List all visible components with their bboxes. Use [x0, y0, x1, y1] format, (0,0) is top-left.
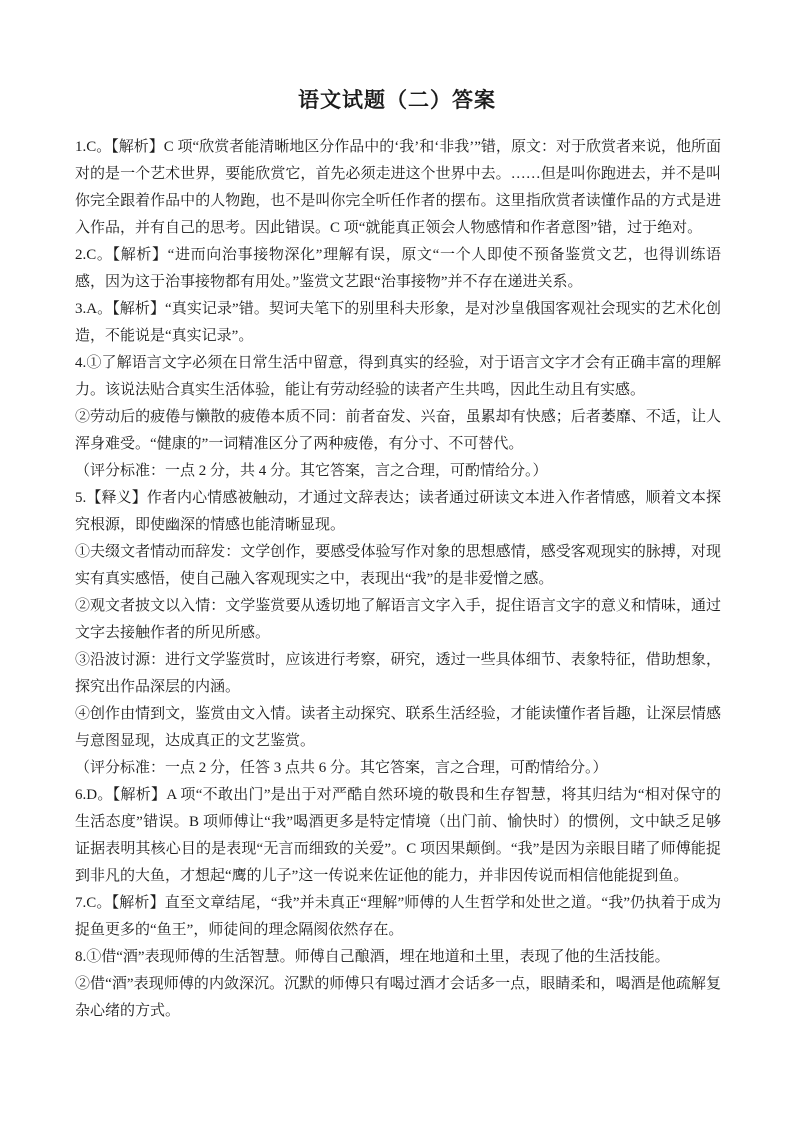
document-page: 语文试题（二）答案 1.C。【解析】C 项“欣赏者能清晰地区分作品中的‘我’和‘…	[0, 0, 794, 1122]
answer-paragraph-4: 4.①了解语言文字必须在日常生活中留意，得到真实的经验，对于语言文字才会有正确丰…	[75, 350, 721, 404]
answer-paragraph-1: 1.C。【解析】C 项“欣赏者能清晰地区分作品中的‘我’和‘非我’”错，原文：对…	[75, 134, 721, 242]
answer-paragraph-11: ④创作由情到文，鉴赏由文入情。读者主动探究、联系生活经验，才能读懂作者旨趣，让深…	[75, 701, 721, 755]
answer-paragraph-5: ②劳动后的疲倦与懒散的疲倦本质不同：前者奋发、兴奋，虽累却有快感；后者萎靡、不适…	[75, 404, 721, 458]
answer-paragraph-7: 5.【释义】作者内心情感被触动，才通过文辞表达；读者通过研读文本进入作者情感，顺…	[75, 485, 721, 539]
answer-paragraph-13: 6.D。【解析】A 项“不敢出门”是出于对严酷自然环境的敬畏和生存智慧，将其归结…	[75, 782, 721, 890]
answer-paragraph-10: ③沿波讨源：进行文学鉴赏时，应该进行考察，研究，透过一些具体细节、表象特征，借助…	[75, 647, 721, 701]
answer-paragraph-16: ②借“酒”表现师傅的内敛深沉。沉默的师傅只有喝过酒才会话多一点，眼睛柔和，喝酒是…	[75, 971, 721, 1025]
answer-paragraph-15: 8.①借“酒”表现师傅的生活智慧。师傅自己酿酒，埋在地道和土里，表现了他的生活技…	[75, 944, 721, 971]
answer-paragraph-6-scoring-note: （评分标准：一点 2 分，共 4 分。其它答案，言之合理，可酌情给分。）	[75, 458, 721, 485]
answer-paragraph-12-scoring-note: （评分标准：一点 2 分，任答 3 点共 6 分。其它答案，言之合理，可酌情给分…	[75, 755, 721, 782]
page-title: 语文试题（二）答案	[0, 84, 794, 114]
answer-paragraph-2: 2.C。【解析】“进而向治事接物深化”理解有误，原文“一个人即使不预备鉴赏文艺，…	[75, 242, 721, 296]
answer-paragraph-9: ②观文者披文以入情：文学鉴赏要从透切地了解语言文字入手，捉住语言文字的意义和情味…	[75, 593, 721, 647]
answer-paragraph-3: 3.A。【解析】“真实记录”错。契诃夫笔下的别里科夫形象，是对沙皇俄国客观社会现…	[75, 296, 721, 350]
document-body: 1.C。【解析】C 项“欣赏者能清晰地区分作品中的‘我’和‘非我’”错，原文：对…	[75, 134, 721, 1025]
answer-paragraph-14: 7.C。【解析】直至文章结尾，“我”并未真正“理解”师傅的人生哲学和处世之道。“…	[75, 890, 721, 944]
answer-paragraph-8: ①夫缀文者情动而辞发：文学创作，要感受体验写作对象的思想感情，感受客观现实的脉搏…	[75, 539, 721, 593]
